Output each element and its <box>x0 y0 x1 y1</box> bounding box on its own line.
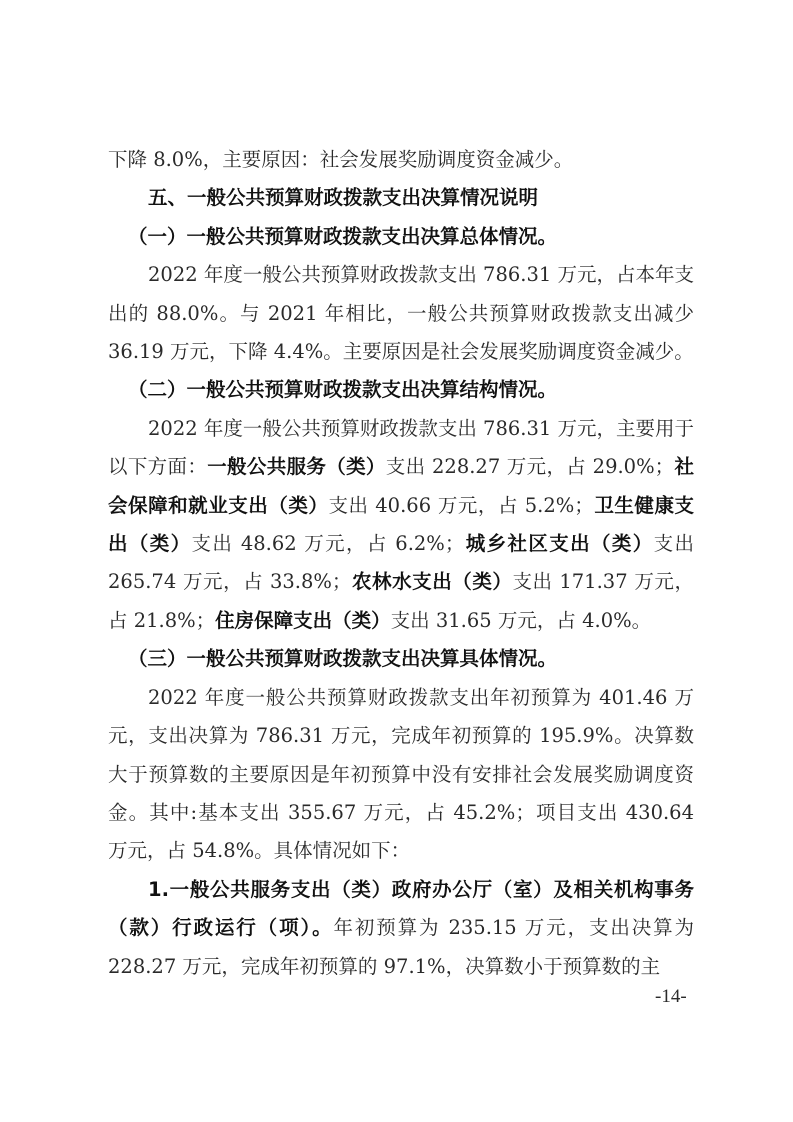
subsection-heading-2: （二）一般公共预算财政拨款支出决算结构情况。 <box>108 371 694 409</box>
category-label: 住房保障支出（类） <box>215 609 391 632</box>
document-page: 下降 8.0%，主要原因：社会发展奖励调度资金减少。 五、一般公共预算财政拨款支… <box>108 141 694 986</box>
category-value: 支出 31.65 万元，占 4.0%。 <box>391 609 651 632</box>
paragraph-continuation: 下降 8.0%，主要原因：社会发展奖励调度资金减少。 <box>108 141 694 179</box>
subsection-heading-3: （三）一般公共预算财政拨款支出决算具体情况。 <box>108 640 694 678</box>
paragraph-structure: 2022 年度一般公共预算财政拨款支出 786.31 万元，主要用于以下方面：一… <box>108 410 694 640</box>
category-value: 支出 48.62 万元，占 6.2%； <box>192 532 465 555</box>
category-value: 支出 228.27 万元，占 29.0%； <box>386 455 674 478</box>
paragraph-item-1: 1.一般公共服务支出（类）政府办公厅（室）及相关机构事务（款）行政运行（项）。年… <box>108 871 694 986</box>
paragraph-details: 2022 年度一般公共预算财政拨款支出年初预算为 401.46 万元，支出决算为… <box>108 679 694 871</box>
subsection-heading-1: （一）一般公共预算财政拨款支出决算总体情况。 <box>108 218 694 256</box>
category-value: 支出 40.66 万元，占 5.2%； <box>328 494 593 517</box>
category-label: 农林水支出（类） <box>351 570 512 593</box>
page-number: -14- <box>655 986 687 1008</box>
paragraph-overall: 2022 年度一般公共预算财政拨款支出 786.31 万元，占本年支出的 88.… <box>108 256 694 371</box>
category-label: 城乡社区支出（类） <box>464 532 653 555</box>
category-label: 一般公共服务（类） <box>207 455 386 478</box>
section-heading-5: 五、一般公共预算财政拨款支出决算情况说明 <box>108 179 694 217</box>
